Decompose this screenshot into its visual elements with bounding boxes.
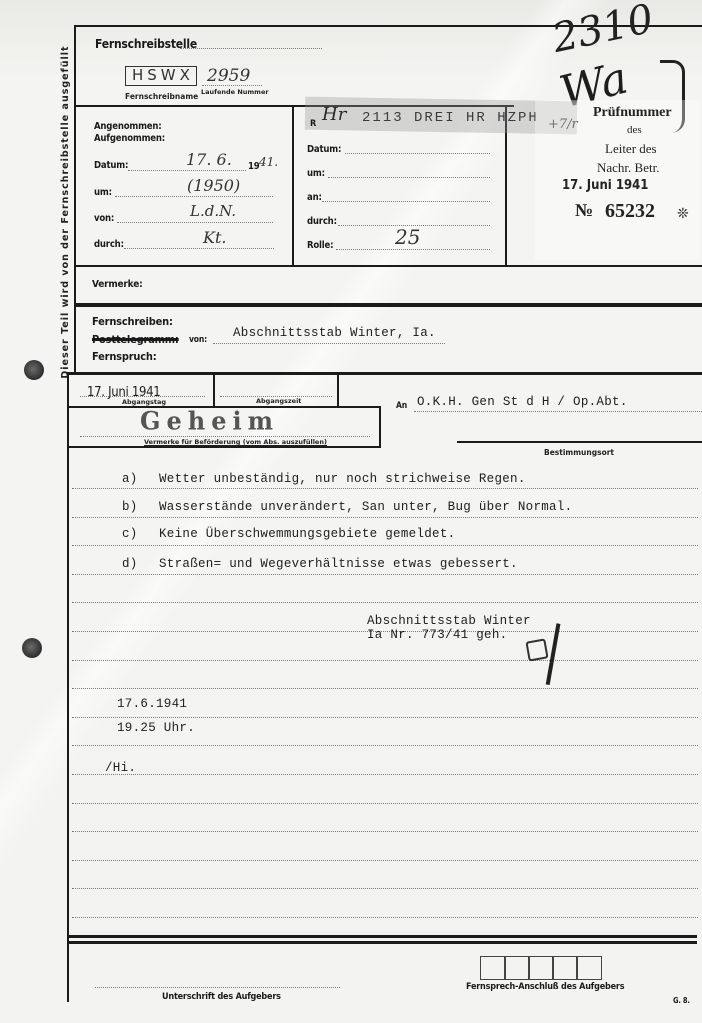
angenommen-label: Angenommen: [94,121,162,132]
strip-text: 2113 DREI HR HZPH [362,110,539,126]
phone-digit-box[interactable] [480,956,506,980]
laufende-nummer-label: Laufende Nummer [201,88,269,96]
message-type-bottom-border [67,372,702,375]
message-item-text: Wetter unbeständig, nur noch strichweise… [159,472,526,486]
received-year-prefix: 19 [248,161,260,172]
classification-right-border [379,406,381,448]
message-line [72,660,698,661]
fernsprech-label: Fernsprech-Anschluß des Aufgebers [466,982,624,992]
pruefnummer-number-prefix: № [575,200,593,221]
pruefnummer-number: 65232 [605,200,655,223]
von-field[interactable] [213,343,445,344]
bestimmungsort-rule [457,441,702,443]
pruefnummer-nachr: Nachr. Betr. [597,160,659,176]
an-value: O.K.H. Gen St d H / Op.Abt. [417,395,628,409]
sent-durch-label: durch: [307,216,337,227]
message-item-marker: b) [122,500,138,514]
date-line: 17.6.1941 [117,697,187,711]
message-line [72,574,698,575]
pruefnummer-des: des [627,124,642,136]
abgangstag-divider [213,374,215,408]
rolle-value: 25 [395,225,420,249]
received-von-label: von: [94,213,114,224]
aufgenommen-label: Aufgenommen: [94,133,165,144]
footer-rule-top [67,935,697,938]
vertical-side-note: Dieser Teil wird von der Fernschreibstel… [60,22,74,402]
vermerke-field[interactable] [160,272,690,298]
operator-initials: /Hi. [105,761,136,775]
message-item-text: Wasserstände unverändert, San unter, Bug… [159,500,572,514]
fernspruch-label: Fernspruch: [92,350,157,363]
handwritten-signature [546,623,571,686]
received-durch-label: durch: [94,239,124,250]
bestimmungsort-label: Bestimmungsort [544,448,614,457]
strip-handwritten: Hr [322,104,346,125]
footer-rule-bottom [67,941,697,944]
message-item-marker: c) [122,527,138,541]
classification-caption: Vermerke für Beförderung (vom Abs. auszu… [144,438,327,446]
vermerke-label: Vermerke: [92,279,143,290]
an-field[interactable] [414,411,702,412]
frame-left-border [74,25,76,375]
phone-digit-box[interactable] [528,956,554,980]
sent-datum-field[interactable] [345,153,490,154]
unterschrift-label: Unterschrift des Aufgebers [162,992,281,1002]
message-line [72,888,698,889]
signature-line-1: Abschnittsstab Winter [367,614,531,628]
fernschreibstelle-field[interactable] [180,48,322,49]
received-durch-field[interactable] [124,248,274,249]
message-item-marker: d) [122,557,138,571]
message-line [72,774,698,775]
phone-digit-box[interactable] [552,956,578,980]
laufende-nummer-field [202,85,262,86]
unterschrift-field[interactable] [95,987,340,988]
received-sent-divider [292,105,294,266]
abgangszeit-divider [337,374,339,408]
sent-datum-label: Datum: [307,144,341,155]
received-von-field[interactable] [117,222,273,223]
received-um-field[interactable] [115,196,273,197]
message-item-text: Straßen= und Wegeverhältnisse etwas gebe… [159,557,518,571]
vermerke-bottom-border [74,303,702,307]
form-code: G. 8. [673,996,690,1005]
received-von-value: L.d.N. [190,202,236,220]
message-line [72,602,698,603]
abgangstag-field[interactable] [80,396,205,397]
classification-stamp: Geheim [140,405,279,435]
message-line [72,717,698,718]
received-block-bottom-border [74,265,702,267]
message-line [72,488,698,489]
pruefnummer-leiter: Leiter des [605,141,657,157]
an-label: An [396,401,407,411]
posttelegramm-label: Posttelegramm: [92,333,179,346]
von-label: von: [189,335,207,345]
message-line [72,688,698,689]
received-year-value: 41. [259,155,278,169]
fernschreiben-label: Fernschreiben: [92,315,173,328]
signature-line-2: Ia Nr. 773/41 geh. [367,628,507,642]
fernschreibname-box[interactable]: HSWX [125,66,197,86]
telegram-form: Dieser Teil wird von der Fernschreibstel… [0,0,702,1023]
time-line: 19.25 Uhr. [117,721,195,735]
rolle-field[interactable] [336,249,490,250]
message-line [72,545,698,546]
handwritten-signature-mark [525,638,548,661]
received-datum-field[interactable] [128,170,246,171]
received-durch-value: Kt. [203,228,226,247]
message-line [72,745,698,746]
phone-digit-box[interactable] [504,956,530,980]
von-value: Abschnittsstab Winter, Ia. [233,326,436,340]
sent-an-label: an: [307,192,322,203]
received-um-label: um: [94,187,112,198]
message-item-text: Keine Überschwemmungsgebiete gemeldet. [159,527,455,541]
message-line [72,831,698,832]
received-datum-value: 17. 6. [186,150,232,169]
frame-left-border-lower [67,372,69,1002]
fernschreibname-label: Fernschreibname [125,92,198,101]
received-datum-label: Datum: [94,160,128,171]
message-item-marker: a) [122,472,138,486]
classification-bottom-border [67,446,381,448]
message-line [72,917,698,918]
message-line [72,860,698,861]
rolle-label: Rolle: [307,240,333,251]
abgangszeit-label: Abgangszeit [256,397,301,405]
phone-digit-box[interactable] [576,956,602,980]
laufende-nummer-value: 2959 [207,66,250,86]
pruefnummer-stamp: Prüfnummer des Leiter des Nachr. Betr. 1… [535,100,700,260]
sent-an-field[interactable] [322,201,490,202]
pruefnummer-title: Prüfnummer [593,105,672,121]
sent-um-label: um: [307,168,325,179]
message-line [72,517,698,518]
punch-hole-top [24,360,44,380]
received-um-value: (1950) [187,176,240,195]
message-line [72,803,698,804]
handwritten-number: 2310 [548,0,657,62]
pruefnummer-mark: ❊ [677,206,689,223]
classification-field[interactable] [80,436,370,437]
fernschreibname-value: HSWX [132,66,194,84]
sent-um-field[interactable] [328,177,490,178]
punch-hole-bottom [22,638,42,658]
ruf-label: R [310,119,316,129]
pruefnummer-date: 17. Juni 1941 [562,178,648,193]
